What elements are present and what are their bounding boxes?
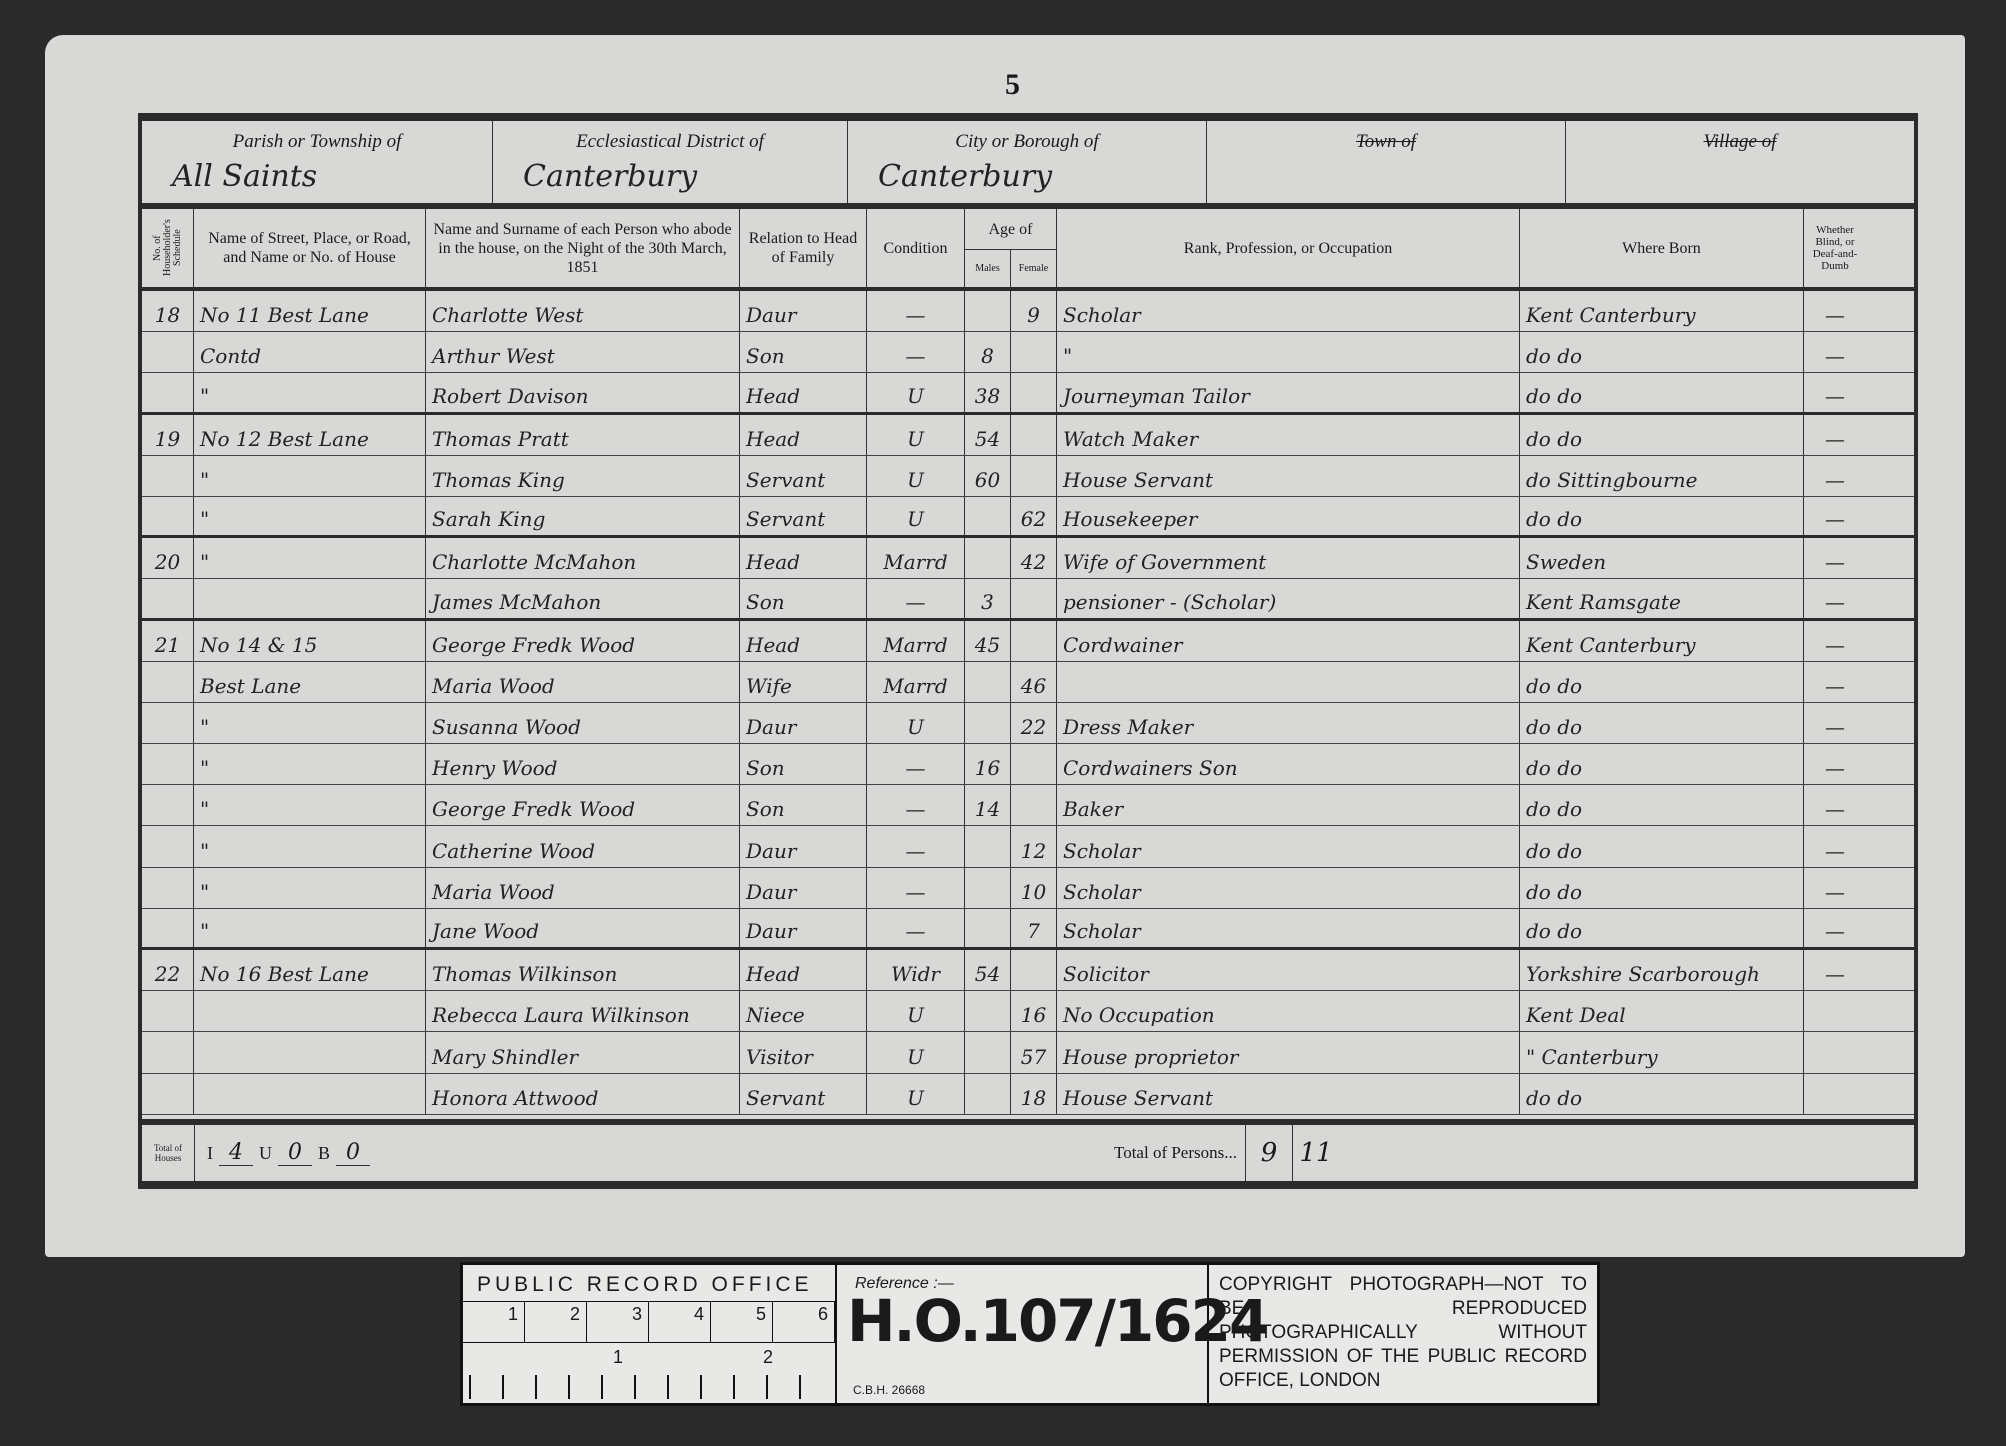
relation-cell: Son (740, 785, 867, 825)
age-male-cell (965, 909, 1011, 947)
uninhabited-count: 0 (278, 1140, 312, 1166)
age-male-cell: 60 (965, 456, 1011, 496)
occupation-cell (1057, 662, 1520, 702)
relation-cell: Son (740, 744, 867, 784)
blind-deaf-cell (1804, 1074, 1866, 1114)
age-female-cell (1011, 621, 1057, 661)
table-row: "Sarah KingServantU62Housekeeperdo do— (142, 497, 1914, 538)
relation-cell: Daur (740, 826, 867, 866)
blind-deaf-cell: — (1804, 291, 1866, 331)
schedule-no-cell: 21 (142, 621, 194, 661)
age-male-cell: 45 (965, 621, 1011, 661)
age-male-cell (965, 868, 1011, 908)
relation-cell: Son (740, 579, 867, 617)
parish-cell: Parish or Township of All Saints (142, 121, 493, 203)
table-row: 19No 12 Best LaneThomas PrattHeadU54Watc… (142, 415, 1914, 456)
header-age-of: Age of (965, 209, 1056, 250)
table-row: "Thomas KingServantU60House Servantdo Si… (142, 456, 1914, 497)
age-male-cell: 54 (965, 415, 1011, 455)
schedule-no-cell (142, 744, 194, 784)
blind-deaf-cell: — (1804, 662, 1866, 702)
location-header: Parish or Township of All Saints Ecclesi… (142, 121, 1914, 209)
condition-cell: — (867, 744, 965, 784)
age-male-cell (965, 991, 1011, 1031)
condition-cell: — (867, 785, 965, 825)
street-address-cell: " (194, 497, 426, 535)
blind-deaf-cell (1804, 1032, 1866, 1072)
reference-number: H.O.107/1624 (847, 1287, 1267, 1355)
table-row: Rebecca Laura WilkinsonNieceU16No Occupa… (142, 991, 1914, 1032)
where-born-cell: do do (1520, 744, 1804, 784)
street-address-cell: " (194, 785, 426, 825)
where-born-cell: do do (1520, 703, 1804, 743)
condition-cell: — (867, 909, 965, 947)
street-address-cell (194, 1032, 426, 1072)
street-address-cell: No 14 & 15 (194, 621, 426, 661)
header-occupation: Rank, Profession, or Occupation (1057, 209, 1520, 287)
age-male-cell (965, 1074, 1011, 1114)
table-row: Honora AttwoodServantU18House Servantdo … (142, 1074, 1914, 1115)
age-female-cell (1011, 456, 1057, 496)
cm-scale: 1 2 3 4 5 6 (463, 1302, 835, 1343)
where-born-cell: do do (1520, 1074, 1804, 1114)
occupation-cell: Journeyman Tailor (1057, 373, 1520, 411)
where-born-cell: do do (1520, 868, 1804, 908)
occupation-cell: No Occupation (1057, 991, 1520, 1031)
schedule-no-cell (142, 1032, 194, 1072)
table-row: Best LaneMaria WoodWifeMarrd46do do— (142, 662, 1914, 703)
condition-cell: Marrd (867, 621, 965, 661)
age-female-cell: 42 (1011, 538, 1057, 578)
schedule-no-cell (142, 991, 194, 1031)
table-row: 20"Charlotte McMahonHeadMarrd42Wife of G… (142, 538, 1914, 579)
village-cell: Village of (1566, 121, 1914, 203)
schedule-no-cell: 19 (142, 415, 194, 455)
condition-cell: Widr (867, 950, 965, 990)
table-row: ContdArthur WestSon—8"do do— (142, 332, 1914, 373)
age-male-cell (965, 497, 1011, 535)
age-male-cell: 54 (965, 950, 1011, 990)
occupation-cell: House Servant (1057, 1074, 1520, 1114)
occupation-cell: Scholar (1057, 868, 1520, 908)
age-female-cell (1011, 579, 1057, 617)
age-female-cell: 16 (1011, 991, 1057, 1031)
age-female-cell: 18 (1011, 1074, 1057, 1114)
age-female-cell: 10 (1011, 868, 1057, 908)
relation-cell: Head (740, 415, 867, 455)
where-born-cell: Yorkshire Scarborough (1520, 950, 1804, 990)
blind-deaf-cell: — (1804, 415, 1866, 455)
header-females: Female (1011, 250, 1056, 287)
schedule-no-cell: 18 (142, 291, 194, 331)
where-born-cell: do do (1520, 373, 1804, 411)
condition-cell: — (867, 868, 965, 908)
archive-label-strip: PUBLIC RECORD OFFICE 1 2 3 4 5 6 1 2 Ref… (460, 1262, 1600, 1406)
building-count: 0 (336, 1140, 370, 1166)
total-females: 11 (1292, 1125, 1339, 1181)
relation-cell: Head (740, 950, 867, 990)
age-female-cell (1011, 373, 1057, 411)
census-form: Parish or Township of All Saints Ecclesi… (138, 113, 1918, 1189)
street-address-cell: " (194, 826, 426, 866)
condition-cell: U (867, 415, 965, 455)
office-name: PUBLIC RECORD OFFICE (463, 1265, 835, 1302)
reference-box: Reference :— H.O.107/1624 C.B.H. 26668 (837, 1265, 1209, 1403)
age-male-cell (965, 1032, 1011, 1072)
occupation-cell: " (1057, 332, 1520, 372)
age-female-cell (1011, 332, 1057, 372)
age-male-cell (965, 538, 1011, 578)
age-female-cell: 9 (1011, 291, 1057, 331)
occupation-cell: Cordwainers Son (1057, 744, 1520, 784)
header-males: Males (965, 250, 1011, 287)
schedule-no-cell (142, 909, 194, 947)
street-address-cell: No 11 Best Lane (194, 291, 426, 331)
total-persons-label: Total of Persons... (837, 1143, 1245, 1163)
table-row: "Catherine WoodDaur—12Scholardo do— (142, 826, 1914, 867)
table-row: Mary ShindlerVisitorU57House proprietor"… (142, 1032, 1914, 1073)
where-born-cell: do do (1520, 332, 1804, 372)
street-address-cell: " (194, 538, 426, 578)
street-address-cell (194, 1074, 426, 1114)
age-female-cell: 62 (1011, 497, 1057, 535)
where-born-cell: do do (1520, 415, 1804, 455)
where-born-cell: do do (1520, 662, 1804, 702)
schedule-no-cell (142, 332, 194, 372)
column-headers: No. of Householder's Schedule Name of St… (142, 209, 1914, 291)
age-female-cell (1011, 785, 1057, 825)
age-male-cell: 38 (965, 373, 1011, 411)
header-condition: Condition (867, 209, 965, 287)
condition-cell: U (867, 703, 965, 743)
age-female-cell (1011, 950, 1057, 990)
age-female-cell: 22 (1011, 703, 1057, 743)
street-address-cell: " (194, 868, 426, 908)
person-name-cell: Honora Attwood (426, 1074, 740, 1114)
blind-deaf-cell: — (1804, 621, 1866, 661)
table-row: "George Fredk WoodSon—14Bakerdo do— (142, 785, 1914, 826)
ecclesiastical-district-label: Ecclesiastical District of (493, 131, 847, 153)
blind-deaf-cell: — (1804, 826, 1866, 866)
age-male-cell: 14 (965, 785, 1011, 825)
occupation-cell: Wife of Government (1057, 538, 1520, 578)
blind-deaf-cell: — (1804, 373, 1866, 411)
condition-cell: — (867, 579, 965, 617)
where-born-cell: Kent Canterbury (1520, 291, 1804, 331)
person-name-cell: Maria Wood (426, 662, 740, 702)
person-name-cell: George Fredk Wood (426, 785, 740, 825)
where-born-cell: do do (1520, 785, 1804, 825)
parish-value: All Saints (172, 159, 317, 194)
village-label: Village of (1566, 131, 1914, 153)
schedule-no-cell (142, 826, 194, 866)
parish-label: Parish or Township of (142, 131, 492, 153)
blind-deaf-cell: — (1804, 744, 1866, 784)
age-male-cell (965, 703, 1011, 743)
where-born-cell: " Canterbury (1520, 1032, 1804, 1072)
schedule-no-cell (142, 579, 194, 617)
condition-cell: U (867, 497, 965, 535)
street-address-cell: No 16 Best Lane (194, 950, 426, 990)
person-name-cell: Catherine Wood (426, 826, 740, 866)
relation-cell: Servant (740, 456, 867, 496)
schedule-no-cell (142, 1074, 194, 1114)
where-born-cell: do do (1520, 826, 1804, 866)
age-female-cell: 57 (1011, 1032, 1057, 1072)
header-street: Name of Street, Place, or Road, and Name… (194, 209, 426, 287)
street-address-cell: No 12 Best Lane (194, 415, 426, 455)
blind-deaf-cell: — (1804, 703, 1866, 743)
relation-cell: Head (740, 538, 867, 578)
occupation-cell: Baker (1057, 785, 1520, 825)
blind-deaf-cell: — (1804, 579, 1866, 617)
condition-cell: U (867, 1032, 965, 1072)
header-relation: Relation to Head of Family (740, 209, 867, 287)
relation-cell: Daur (740, 868, 867, 908)
house-totals: I4 U0 B0 (195, 1140, 837, 1166)
condition-cell: — (867, 826, 965, 866)
inch-scale: 1 2 (463, 1343, 835, 1403)
header-schedule-no: No. of Householder's Schedule (142, 209, 194, 287)
age-female-cell (1011, 744, 1057, 784)
blind-deaf-cell: — (1804, 950, 1866, 990)
person-name-cell: Susanna Wood (426, 703, 740, 743)
condition-cell: — (867, 291, 965, 331)
table-row: "Jane WoodDaur—7Scholardo do— (142, 909, 1914, 950)
where-born-cell: do do (1520, 497, 1804, 535)
person-name-cell: Charlotte West (426, 291, 740, 331)
occupation-cell: Watch Maker (1057, 415, 1520, 455)
public-record-office-ruler: PUBLIC RECORD OFFICE 1 2 3 4 5 6 1 2 (463, 1265, 837, 1403)
age-male-cell (965, 826, 1011, 866)
where-born-cell: Kent Deal (1520, 991, 1804, 1031)
person-name-cell: Thomas Wilkinson (426, 950, 740, 990)
blind-deaf-cell: — (1804, 332, 1866, 372)
header-name: Name and Surname of each Person who abod… (426, 209, 740, 287)
relation-cell: Niece (740, 991, 867, 1031)
person-name-cell: James McMahon (426, 579, 740, 617)
street-address-cell: " (194, 909, 426, 947)
person-name-cell: Thomas Pratt (426, 415, 740, 455)
occupation-cell: pensioner - (Scholar) (1057, 579, 1520, 617)
city-borough-value: Canterbury (878, 159, 1052, 194)
age-male-cell (965, 662, 1011, 702)
relation-cell: Son (740, 332, 867, 372)
total-males: 9 (1245, 1125, 1292, 1181)
total-houses-label: Total of Houses (142, 1125, 195, 1181)
occupation-cell: Cordwainer (1057, 621, 1520, 661)
relation-cell: Head (740, 373, 867, 411)
header-blind: Whether Blind, or Deaf-and-Dumb (1804, 209, 1866, 287)
town-cell: Town of (1207, 121, 1566, 203)
condition-cell: Marrd (867, 538, 965, 578)
table-row: 21No 14 & 15George Fredk WoodHeadMarrd45… (142, 621, 1914, 662)
occupation-cell: Solicitor (1057, 950, 1520, 990)
relation-cell: Daur (740, 291, 867, 331)
condition-cell: U (867, 456, 965, 496)
relation-cell: Visitor (740, 1032, 867, 1072)
occupation-cell: House Servant (1057, 456, 1520, 496)
where-born-cell: Sweden (1520, 538, 1804, 578)
person-name-cell: Charlotte McMahon (426, 538, 740, 578)
town-label: Town of (1207, 131, 1565, 153)
city-borough-label: City or Borough of (848, 131, 1206, 153)
age-female-cell: 12 (1011, 826, 1057, 866)
street-address-cell: Contd (194, 332, 426, 372)
street-address-cell: Best Lane (194, 662, 426, 702)
occupation-cell: Dress Maker (1057, 703, 1520, 743)
schedule-no-cell (142, 662, 194, 702)
page-number: 5 (1005, 68, 1020, 102)
blind-deaf-cell: — (1804, 785, 1866, 825)
relation-cell: Daur (740, 703, 867, 743)
blind-deaf-cell (1804, 991, 1866, 1031)
street-address-cell: " (194, 373, 426, 411)
relation-cell: Servant (740, 497, 867, 535)
schedule-no-cell: 22 (142, 950, 194, 990)
person-name-cell: Robert Davison (426, 373, 740, 411)
table-row: "Maria WoodDaur—10Scholardo do— (142, 868, 1914, 909)
relation-cell: Servant (740, 1074, 867, 1114)
relation-cell: Head (740, 621, 867, 661)
where-born-cell: do do (1520, 909, 1804, 947)
person-name-cell: Jane Wood (426, 909, 740, 947)
condition-cell: U (867, 1074, 965, 1114)
table-row: "Robert DavisonHeadU38Journeyman Tailord… (142, 373, 1914, 414)
condition-cell: U (867, 373, 965, 411)
occupation-cell: Scholar (1057, 909, 1520, 947)
schedule-no-cell (142, 497, 194, 535)
inhabited-count: 4 (219, 1140, 253, 1166)
condition-cell: — (867, 332, 965, 372)
schedule-no-cell (142, 456, 194, 496)
table-row: "Susanna WoodDaurU22Dress Makerdo do— (142, 703, 1914, 744)
ecclesiastical-district-cell: Ecclesiastical District of Canterbury (493, 121, 848, 203)
table-row: "Henry WoodSon—16Cordwainers Sondo do— (142, 744, 1914, 785)
occupation-cell: House proprietor (1057, 1032, 1520, 1072)
header-where-born: Where Born (1520, 209, 1804, 287)
person-name-cell: Mary Shindler (426, 1032, 740, 1072)
table-row: James McMahonSon—3pensioner - (Scholar)K… (142, 579, 1914, 620)
where-born-cell: Kent Canterbury (1520, 621, 1804, 661)
city-borough-cell: City or Borough of Canterbury (848, 121, 1207, 203)
schedule-no-cell (142, 373, 194, 411)
age-female-cell: 46 (1011, 662, 1057, 702)
blind-deaf-cell: — (1804, 909, 1866, 947)
person-name-cell: Thomas King (426, 456, 740, 496)
age-female-cell: 7 (1011, 909, 1057, 947)
age-male-cell: 3 (965, 579, 1011, 617)
age-female-cell (1011, 415, 1057, 455)
blind-deaf-cell: — (1804, 497, 1866, 535)
person-name-cell: George Fredk Wood (426, 621, 740, 661)
blind-deaf-cell: — (1804, 538, 1866, 578)
street-address-cell: " (194, 456, 426, 496)
census-rows: 18No 11 Best LaneCharlotte WestDaur—9Sch… (142, 291, 1914, 1115)
occupation-cell: Scholar (1057, 826, 1520, 866)
ruler-ticks (469, 1375, 829, 1399)
relation-cell: Daur (740, 909, 867, 947)
occupation-cell: Housekeeper (1057, 497, 1520, 535)
person-name-cell: Rebecca Laura Wilkinson (426, 991, 740, 1031)
person-name-cell: Maria Wood (426, 868, 740, 908)
schedule-no-cell (142, 868, 194, 908)
condition-cell: Marrd (867, 662, 965, 702)
ecclesiastical-district-value: Canterbury (523, 159, 697, 194)
relation-cell: Wife (740, 662, 867, 702)
person-name-cell: Henry Wood (426, 744, 740, 784)
table-row: 18No 11 Best LaneCharlotte WestDaur—9Sch… (142, 291, 1914, 332)
totals-row: Total of Houses I4 U0 B0 Total of Person… (142, 1119, 1914, 1181)
schedule-no-cell: 20 (142, 538, 194, 578)
schedule-no-cell (142, 785, 194, 825)
street-address-cell (194, 579, 426, 617)
blind-deaf-cell: — (1804, 868, 1866, 908)
street-address-cell (194, 991, 426, 1031)
street-address-cell: " (194, 703, 426, 743)
condition-cell: U (867, 991, 965, 1031)
person-name-cell: Sarah King (426, 497, 740, 535)
table-row: 22No 16 Best LaneThomas WilkinsonHeadWid… (142, 950, 1914, 991)
age-male-cell (965, 291, 1011, 331)
age-male-cell: 8 (965, 332, 1011, 372)
where-born-cell: Kent Ramsgate (1520, 579, 1804, 617)
person-name-cell: Arthur West (426, 332, 740, 372)
reference-code: C.B.H. 26668 (853, 1383, 925, 1397)
schedule-no-cell (142, 703, 194, 743)
blind-deaf-cell: — (1804, 456, 1866, 496)
where-born-cell: do Sittingbourne (1520, 456, 1804, 496)
occupation-cell: Scholar (1057, 291, 1520, 331)
age-male-cell: 16 (965, 744, 1011, 784)
street-address-cell: " (194, 744, 426, 784)
header-age: Age of Males Female (965, 209, 1057, 287)
